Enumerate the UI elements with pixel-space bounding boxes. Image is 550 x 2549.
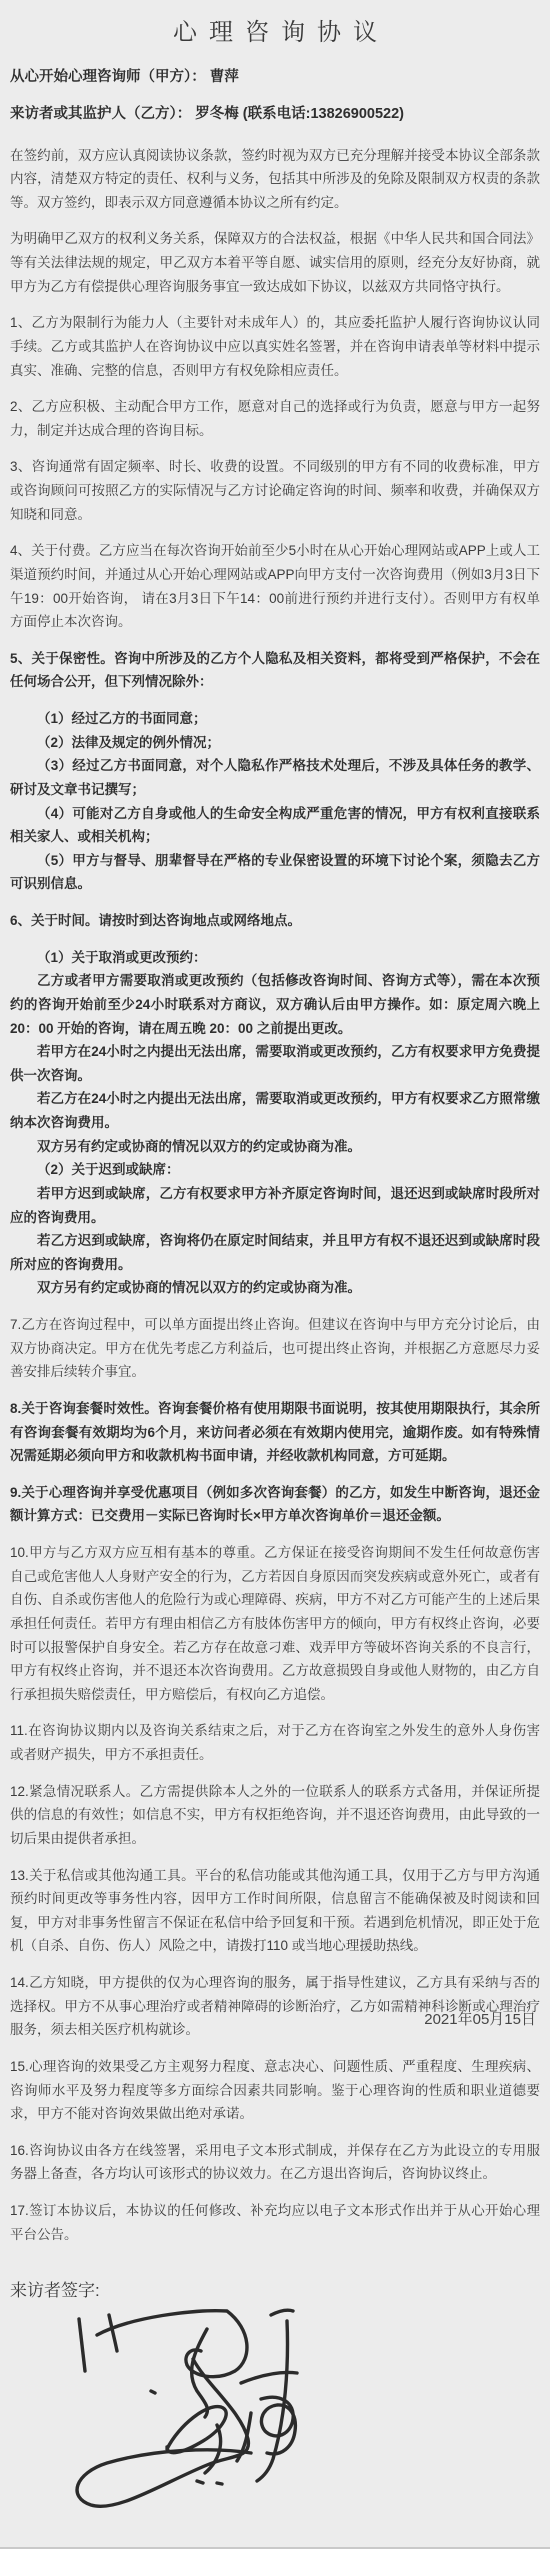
signature-label: 来访者签字:	[10, 2276, 540, 2301]
agreement-paragraph: 6、关于时间。请按时到达咨询地点或网络地点。	[10, 909, 540, 933]
agreement-paragraph: 为明确甲乙双方的权利义务关系，保障双方的合法权益，根据《中华人民共和国合同法》等…	[10, 227, 540, 298]
agreement-paragraph: 10.甲方与乙方双方应互相有基本的尊重。乙方保证在接受咨询期间不发生任何故意伤害…	[10, 1541, 540, 1706]
signature-scribble	[55, 2307, 317, 2519]
agreement-paragraph: （2）关于迟到或缺席：	[10, 1158, 540, 1182]
agreement-paragraph: 双方另有约定或协商的情况以双方的约定或协商为准。	[10, 1135, 540, 1159]
agreement-paragraph: 13.关于私信或其他沟通工具。平台的私信功能或其他沟通工具，仅用于乙方与甲方沟通…	[10, 1864, 540, 1959]
agreement-paragraph: 若乙方在24小时之内提出无法出席，需要取消或更改预约，甲方有权要求乙方照常缴纳本…	[10, 1087, 540, 1134]
agreement-paragraph: 4、关于付费。乙方应当在每次咨询开始前至少5小时在从心开始心理网站或APP上或人…	[10, 539, 540, 634]
agreement-paragraph: 若乙方迟到或缺席，咨询将仍在原定时间结束，并且甲方有权不退还迟到或缺席时段所对应…	[10, 1229, 540, 1276]
signature-date: 2021年05月15日	[424, 2008, 536, 2029]
agreement-paragraph: 8.关于咨询套餐时效性。咨询套餐价格有使用期限书面说明，按其使用期限执行，其余所…	[10, 1397, 540, 1468]
agreement-paragraph: （1）关于取消或更改预约：	[10, 946, 540, 970]
agreement-paragraph: 若甲方迟到或缺席，乙方有权要求甲方补齐原定咨询时间，退还迟到或缺席时段所对应的咨…	[10, 1182, 540, 1229]
agreement-paragraph: 1、乙方为限制行为能力人（主要针对未成年人）的，其应委托监护人履行咨询协议认同手…	[10, 311, 540, 382]
agreement-paragraph: 乙方或者甲方需要取消或更改预约（包括修改咨询时间、咨询方式等），需在本次预约的咨…	[10, 969, 540, 1040]
agreement-paragraph: 9.关于心理咨询并享受优惠项目（例如多次咨询套餐）的乙方，如发生中断咨询，退还金…	[10, 1481, 540, 1528]
agreement-paragraph: （5）甲方与督导、朋辈督导在严格的专业保密设置的环境下讨论个案，须隐去乙方可识别…	[10, 849, 540, 896]
agreement-paragraph: 11.在咨询协议期内以及咨询关系结束之后，对于乙方在咨询室之外发生的意外人身伤害…	[10, 1719, 540, 1766]
agreement-paragraph: 在签约前，双方应认真阅读协议条款，签约时视为双方已充分理解并接受本协议全部条款内…	[10, 144, 540, 215]
agreement-paragraph: 5、关于保密性。咨询中所涉及的乙方个人隐私及相关资料，都将受到严格保护，不会在任…	[10, 647, 540, 694]
agreement-paragraph: 双方另有约定或协商的情况以双方的约定或协商为准。	[10, 1276, 540, 1300]
agreement-paragraph: 若甲方在24小时之内提出无法出席，需要取消或更改预约，乙方有权要求甲方免费提供一…	[10, 1040, 540, 1087]
agreement-paragraph: （4）可能对乙方自身或他人的生命安全构成严重危害的情况，甲方有权利直接联系相关家…	[10, 802, 540, 849]
agreement-paragraph: 2、乙方应积极、主动配合甲方工作，愿意对自己的选择或行为负责，愿意与甲方一起努力…	[10, 395, 540, 442]
agreement-document: 心理咨询协议 从心开始心理咨询师（甲方）： 曹萍 来访者或其监护人（乙方）： 罗…	[0, 0, 550, 2549]
agreement-paragraph: 7.乙方在咨询过程中，可以单方面提出终止咨询。但建议在咨询中与甲方充分讨论后，由…	[10, 1313, 540, 1384]
agreement-paragraph: （3）经过乙方书面同意，对个人隐私作严格技术处理后，不涉及具体任务的教学、研讨及…	[10, 754, 540, 801]
agreement-paragraph: 3、咨询通常有固定频率、时长、收费的设置。不同级别的甲方有不同的收费标准，甲方或…	[10, 455, 540, 526]
agreement-clauses: 在签约前，双方应认真阅读协议条款，签约时视为双方已充分理解并接受本协议全部条款内…	[10, 144, 540, 2247]
client-party-line: 来访者或其监护人（乙方）： 罗冬梅 (联系电话:13826900522)	[10, 104, 540, 126]
agreement-paragraph: （1）经过乙方的书面同意；	[10, 707, 540, 731]
agreement-paragraph: （2）法律及规定的例外情况；	[10, 731, 540, 755]
counselor-party-line: 从心开始心理咨询师（甲方）： 曹萍	[10, 67, 540, 89]
agreement-paragraph: 16.咨询协议由各方在线签署，采用电子文本形式制成，并保存在乙方为此设立的专用服…	[10, 2139, 540, 2186]
agreement-paragraph: 17.签订本协议后，本协议的任何修改、补充均应以电子文本形式作出并于从心开始心理…	[10, 2199, 540, 2246]
page-title: 心理咨询协议	[10, 12, 540, 47]
agreement-paragraph: 15.心理咨询的效果受乙方主观努力程度、意志决心、问题性质、严重程度、生理疾病、…	[10, 2055, 540, 2126]
agreement-paragraph: 14.乙方知晓，甲方提供的仅为心理咨询的服务，属于指导性建议，乙方具有采纳与否的…	[10, 1971, 540, 2042]
agreement-paragraph: 12.紧急情况联系人。乙方需提供除本人之外的一位联系人的联系方式备用，并保证所提…	[10, 1780, 540, 1851]
signature-area	[55, 2307, 317, 2519]
